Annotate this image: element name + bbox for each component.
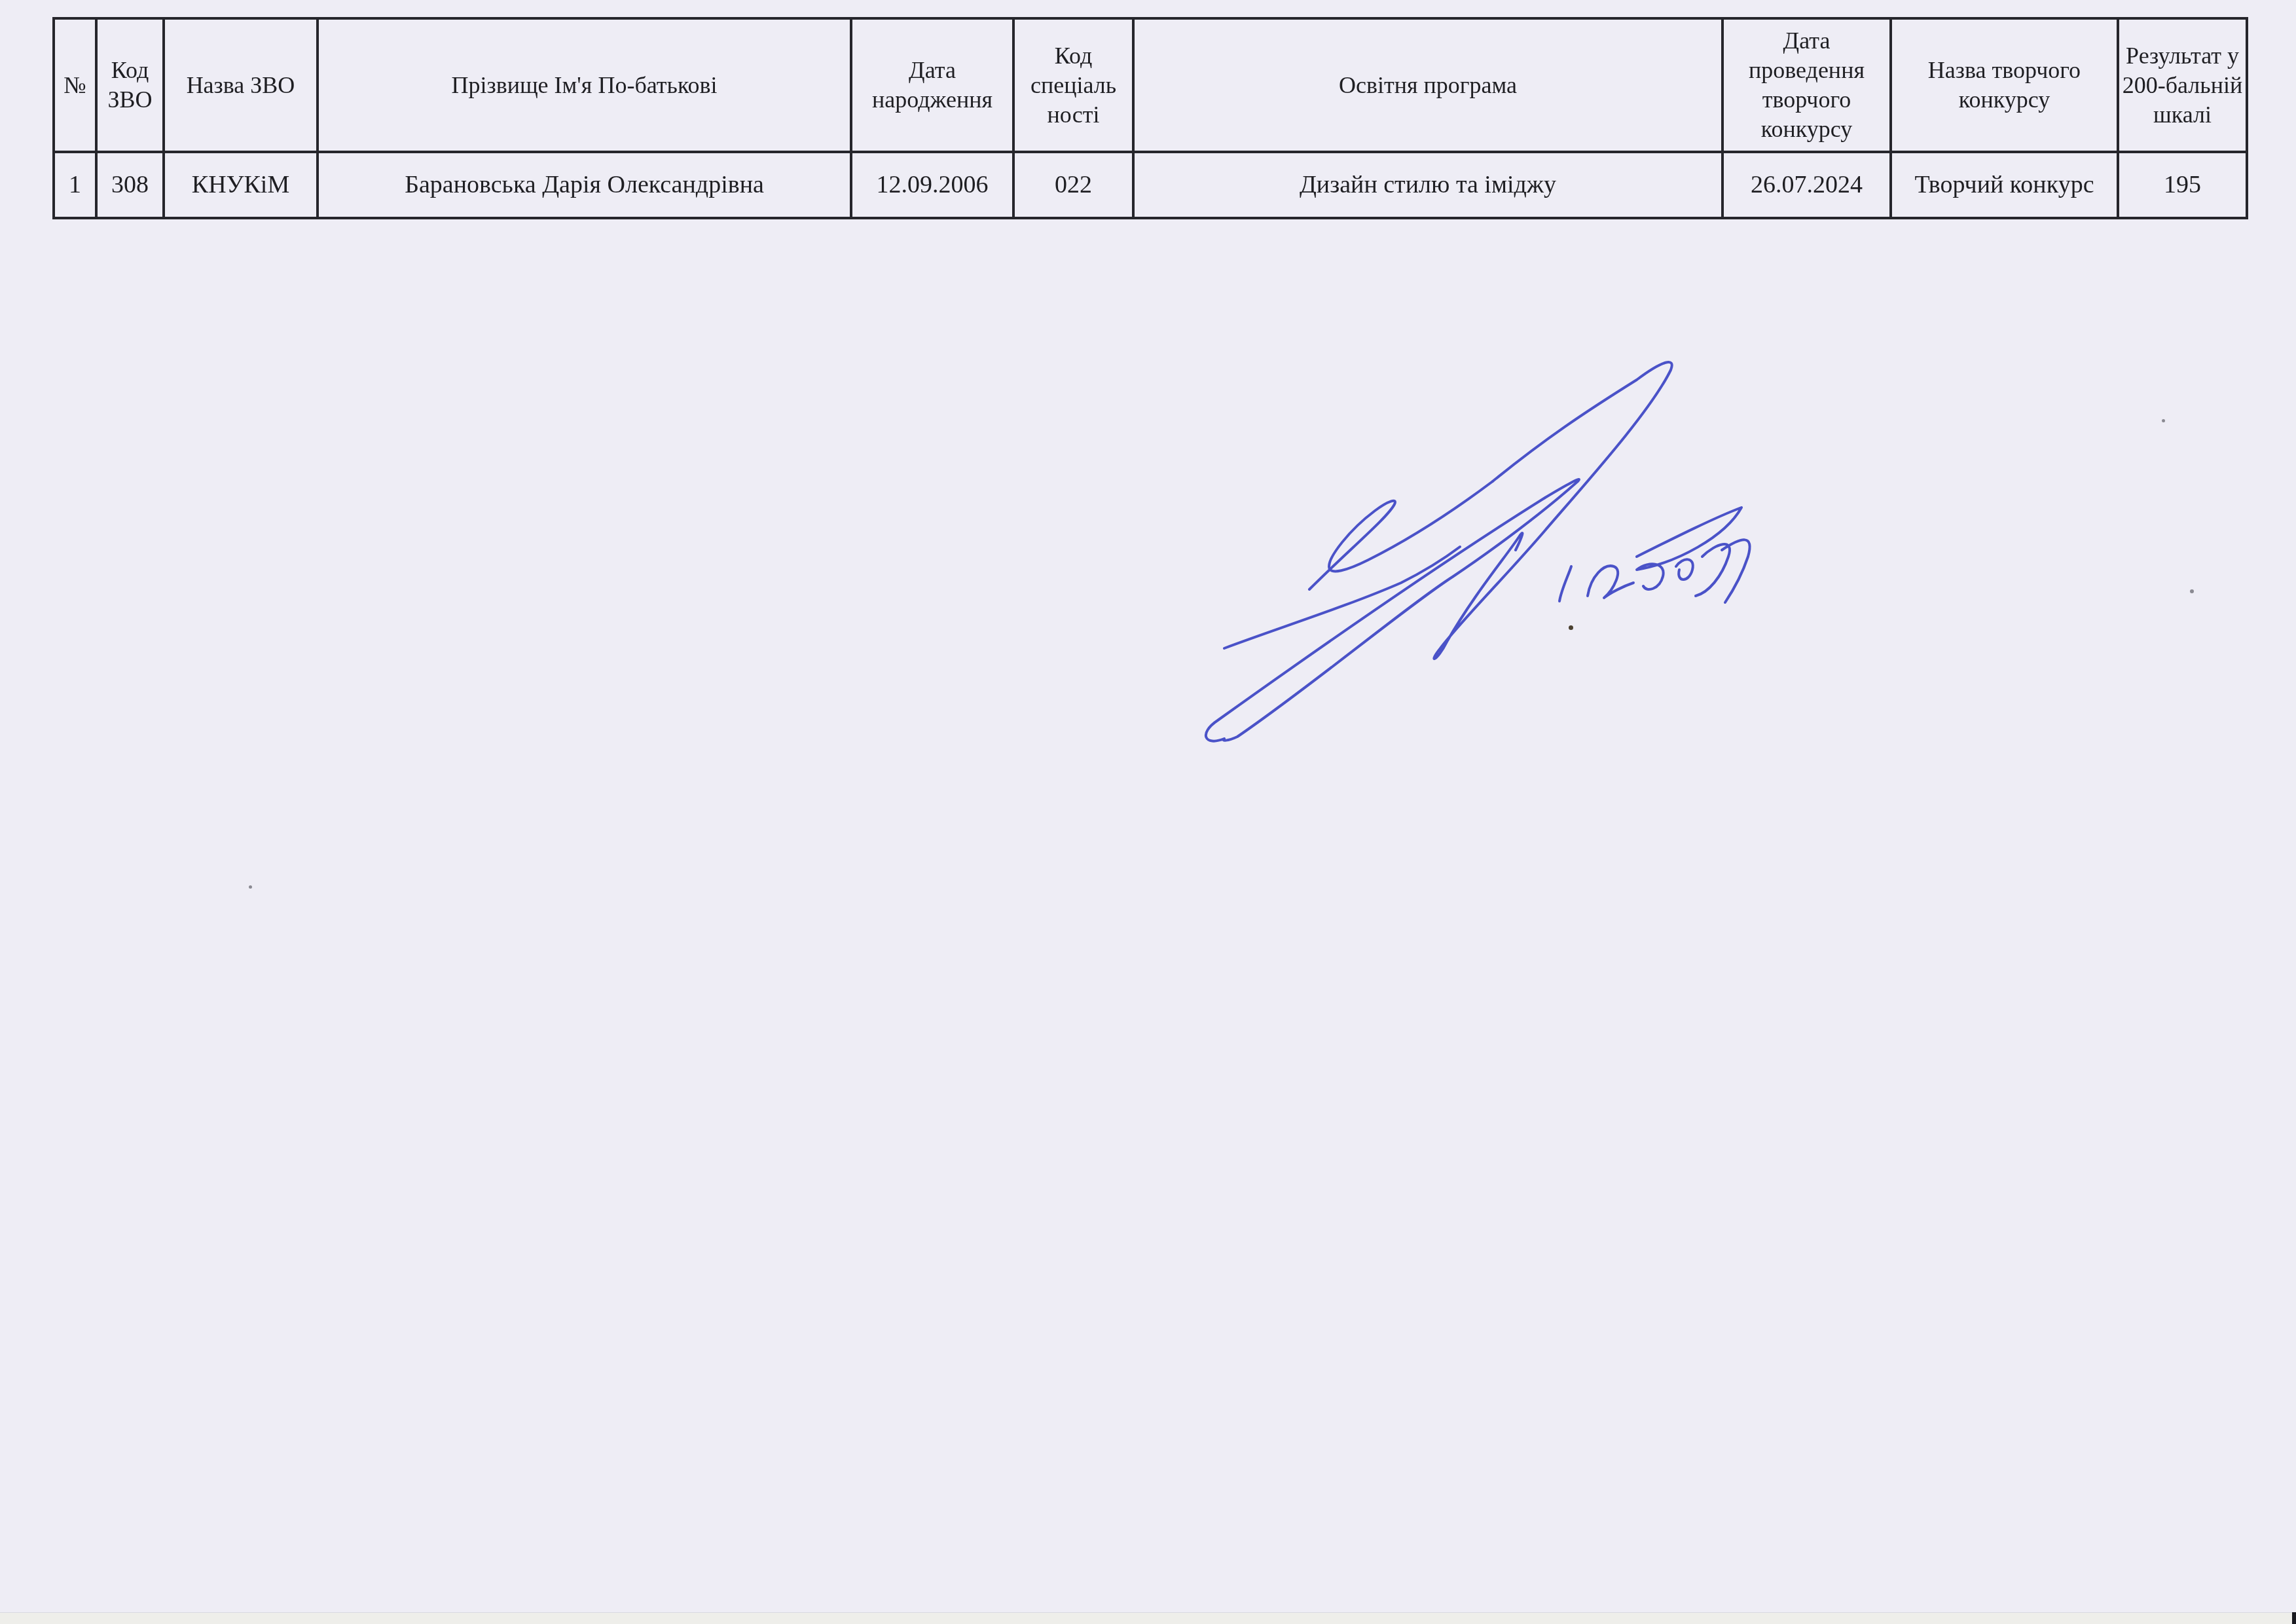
col-header-number: № <box>54 18 96 152</box>
scan-speck <box>1569 625 1573 630</box>
scan-edge-mark <box>2292 1612 2296 1624</box>
cell-full-name: Барановська Дарія Олександрівна <box>318 152 851 218</box>
cell-score: 195 <box>2118 152 2247 218</box>
cell-birth-date: 12.09.2006 <box>851 152 1013 218</box>
cell-number: 1 <box>54 152 96 218</box>
handwritten-signature <box>1178 341 2095 786</box>
cell-contest-date: 26.07.2024 <box>1722 152 1891 218</box>
results-table: № Код ЗВО Назва ЗВО Прізвище Ім'я По-бат… <box>52 17 2248 219</box>
col-header-institution-name: Назва ЗВО <box>164 18 318 152</box>
table-row: 1 308 КНУКіМ Барановська Дарія Олександр… <box>54 152 2247 218</box>
cell-specialty-code: 022 <box>1013 152 1133 218</box>
header-row: № Код ЗВО Назва ЗВО Прізвище Ім'я По-бат… <box>54 18 2247 152</box>
scan-speck <box>2162 419 2165 422</box>
cell-institution-code: 308 <box>96 152 164 218</box>
col-header-full-name: Прізвище Ім'я По-батькові <box>318 18 851 152</box>
col-header-contest-date: Дата проведення творчого конкурсу <box>1722 18 1891 152</box>
cell-contest-name: Творчий конкурс <box>1891 152 2118 218</box>
col-header-score: Результат у 200-бальній шкалі <box>2118 18 2247 152</box>
col-header-birth-date: Дата народження <box>851 18 1013 152</box>
scan-speck <box>249 885 252 889</box>
col-header-specialty-code: Код спеціаль ності <box>1013 18 1133 152</box>
col-header-contest-name: Назва творчого конкурсу <box>1891 18 2118 152</box>
cell-program: Дизайн стилю та іміджу <box>1133 152 1722 218</box>
cell-institution-name: КНУКіМ <box>164 152 318 218</box>
col-header-institution-code: Код ЗВО <box>96 18 164 152</box>
scan-speck <box>2190 589 2194 593</box>
col-header-program: Освітня програма <box>1133 18 1722 152</box>
scan-bottom-edge <box>0 1612 2296 1624</box>
